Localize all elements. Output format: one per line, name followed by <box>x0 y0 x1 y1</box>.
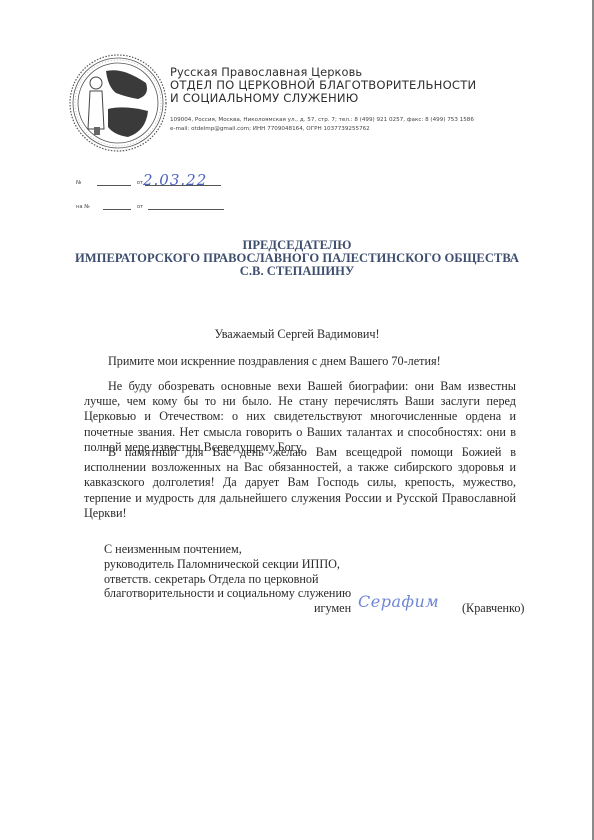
closing-block: С неизменным почтением, руководитель Пал… <box>104 542 351 601</box>
closing-line: руководитель Паломнической секции ИППО, <box>104 557 351 572</box>
letterhead: Русская Православная Церковь ОТДЕЛ ПО ЦЕ… <box>170 66 476 105</box>
from-label: от <box>137 180 143 186</box>
paragraph-biography: Не буду обозревать основные вехи Вашей б… <box>84 379 516 455</box>
paragraph-text: Примите мои искренние поздравления с дне… <box>84 354 516 369</box>
signer-title: игумен <box>314 601 351 616</box>
handwritten-signature: Серафим <box>358 592 439 611</box>
addressee-block: ПРЕДСЕДАТЕЛЮ ИМПЕРАТОРСКОГО ПРАВОСЛАВНОГ… <box>0 239 594 278</box>
address: 109004, Россия, Москва, Николоямская ул.… <box>170 116 474 125</box>
paragraph-text: Не буду обозревать основные вехи Вашей б… <box>84 379 516 455</box>
paragraph-text: В памятный для Вас день желаю Вам всещед… <box>84 445 516 521</box>
closing-line: ответств. секретарь Отдела по церковной <box>104 572 351 587</box>
email-and-ids: e-mail: otdelmp@gmail.com; ИНН 770904816… <box>170 125 474 134</box>
paragraph-congratulation: Примите мои искренние поздравления с дне… <box>84 354 516 369</box>
closing-line: благотворительности и социальному служен… <box>104 586 351 601</box>
department-name-line2: И СОЦИАЛЬНОМУ СЛУЖЕНИЮ <box>170 92 476 105</box>
addressee-name: С.В. СТЕПАШИНУ <box>0 265 594 278</box>
reply-date-blank <box>148 201 224 210</box>
reply-to-label: на № <box>76 204 90 210</box>
handwritten-date: 2.03.22 <box>143 171 207 189</box>
number-blank <box>97 177 131 186</box>
seal-emblem-icon <box>68 53 168 153</box>
salutation: Уважаемый Сергей Вадимович! <box>0 327 594 342</box>
reply-number-blank <box>103 201 131 210</box>
closing-line: С неизменным почтением, <box>104 542 351 557</box>
reply-from-label: от <box>137 204 143 210</box>
contacts-block: 109004, Россия, Москва, Николоямская ул.… <box>170 116 474 134</box>
paragraph-wishes: В памятный для Вас день желаю Вам всещед… <box>84 445 516 521</box>
reply-number-row: на № от <box>76 201 224 210</box>
signer-surname: (Кравченко) <box>462 601 525 616</box>
number-label: № <box>76 180 81 186</box>
